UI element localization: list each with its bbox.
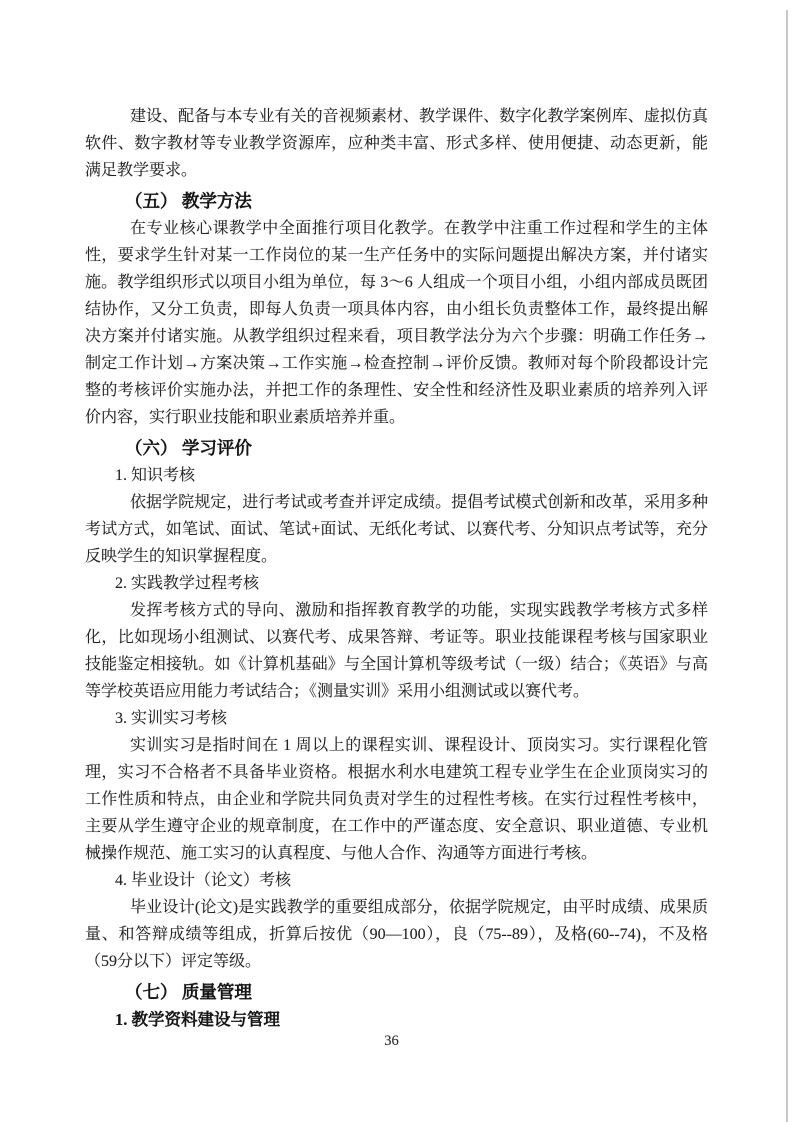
page-number: 36	[0, 1031, 783, 1051]
paragraph-teaching-resources: 建设、配备与本专业有关的音视频素材、教学课件、数字化教学案例库、虚拟仿真软件、数…	[85, 103, 708, 184]
item-graduation-design-assessment: 4. 毕业设计（论文）考核	[85, 867, 708, 894]
scan-edge-line	[786, 10, 788, 1122]
paragraph-practice-process-assessment: 发挥考核方式的导向、激励和指挥教育教学的功能，实现实践教学考核方式多样化，比如现…	[85, 597, 708, 705]
paragraph-training-internship-assessment: 实训实习是指时间在 1 周以上的课程实训、课程设计、顶岗实习。实行课程化管理，实…	[85, 732, 708, 867]
paragraph-project-teaching: 在专业核心课教学中全面推行项目化教学。在教学中注重工作过程和学生的主体性，要求学…	[85, 215, 708, 431]
item-training-internship-assessment: 3. 实训实习考核	[85, 705, 708, 732]
item-teaching-materials-management: 1. 教学资料建设与管理	[85, 1006, 708, 1033]
heading-quality-management: （七） 质量管理	[85, 979, 708, 1006]
paragraph-graduation-design-assessment: 毕业设计(论文)是实践教学的重要组成部分，依据学院规定，由平时成绩、成果质量、和…	[85, 894, 708, 975]
document-content: 建设、配备与本专业有关的音视频素材、教学课件、数字化教学案例库、虚拟仿真软件、数…	[85, 103, 708, 1033]
heading-teaching-methods: （五） 教学方法	[85, 188, 708, 215]
item-practice-process-assessment: 2. 实践教学过程考核	[85, 570, 708, 597]
document-page: 建设、配备与本专业有关的音视频素材、教学课件、数字化教学案例库、虚拟仿真软件、数…	[0, 0, 793, 1122]
paragraph-knowledge-assessment: 依据学院规定，进行考试或考查并评定成绩。提倡考试模式创新和改革，采用多种考试方式…	[85, 489, 708, 570]
item-knowledge-assessment: 1. 知识考核	[85, 462, 708, 489]
heading-learning-evaluation: （六） 学习评价	[85, 435, 708, 462]
